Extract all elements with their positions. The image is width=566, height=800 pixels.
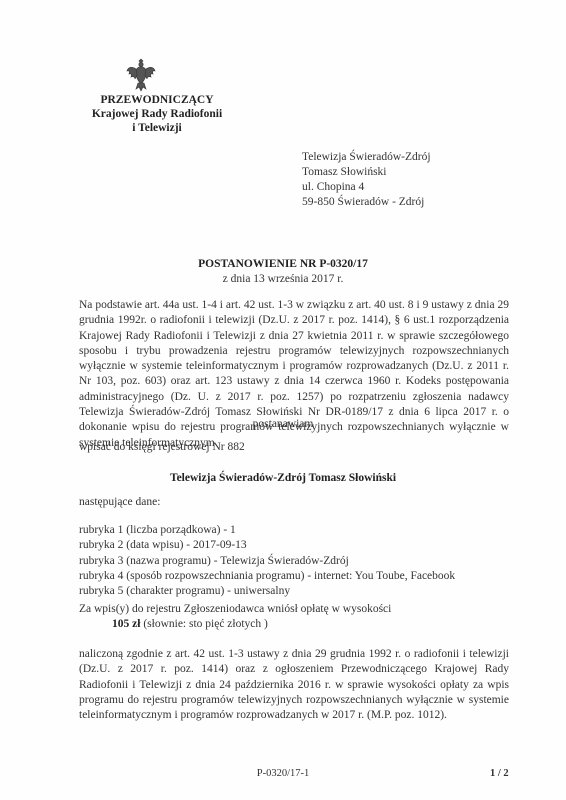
issuer-title: PRZEWODNICZĄCY xyxy=(82,93,232,107)
rubric-item: rubryka 4 (sposób rozpowszechniania prog… xyxy=(79,569,455,584)
station-name: Telewizja Świeradów-Zdrój Tomasz Słowińs… xyxy=(0,472,566,484)
document-page: PRZEWODNICZĄCY Krajowej Rady Radiofonii … xyxy=(0,0,566,800)
rubric-item: rubryka 5 (charakter programu) - uniwers… xyxy=(79,584,455,599)
polish-eagle-emblem-icon xyxy=(126,58,156,92)
issuer-body-line-2: i Telewizji xyxy=(82,121,232,135)
fee-basis-paragraph: naliczoną zgodnie z art. 42 ust. 1-3 ust… xyxy=(79,647,509,723)
recipient-name: Telewizja Świeradów-Zdrój xyxy=(302,150,431,165)
decision-title: POSTANOWIENIE NR P-0320/17 xyxy=(0,258,566,270)
issuer-heading: PRZEWODNICZĄCY Krajowej Rady Radiofonii … xyxy=(82,93,232,135)
recipient-person: Tomasz Słowiński xyxy=(302,165,431,180)
fee-amount: 105 zł xyxy=(112,618,140,630)
rubric-item: rubryka 2 (data wpisu) - 2017-09-13 xyxy=(79,538,455,553)
decide-word: postanawiam xyxy=(0,418,566,430)
following-data-label: następujące dane: xyxy=(79,496,160,508)
decision-date: z dnia 13 września 2017 r. xyxy=(0,273,566,285)
page-number: 1 / 2 xyxy=(490,768,509,779)
issuer-body-line-1: Krajowej Rady Radiofonii xyxy=(82,107,232,121)
register-entry: wpisać do księgi rejestrowej Nr 882 xyxy=(79,441,245,453)
fee-intro: Za wpis(y) do rejestru Zgłoszeniodawca w… xyxy=(79,603,391,615)
fee-amount-line: 105 zł (słownie: sto pięć złotych ) xyxy=(112,618,268,630)
recipient-address: Telewizja Świeradów-Zdrój Tomasz Słowińs… xyxy=(302,150,431,210)
rubrics-list: rubryka 1 (liczba porządkowa) - 1 rubryk… xyxy=(79,523,455,599)
footer-reference: P-0320/17-1 xyxy=(0,768,566,779)
recipient-street: ul. Chopina 4 xyxy=(302,180,431,195)
rubric-item: rubryka 1 (liczba porządkowa) - 1 xyxy=(79,523,455,538)
fee-words: (słownie: sto pięć złotych ) xyxy=(143,618,268,630)
rubric-item: rubryka 3 (nazwa programu) - Telewizja Ś… xyxy=(79,554,455,569)
recipient-city: 59-850 Świeradów - Zdrój xyxy=(302,195,431,210)
